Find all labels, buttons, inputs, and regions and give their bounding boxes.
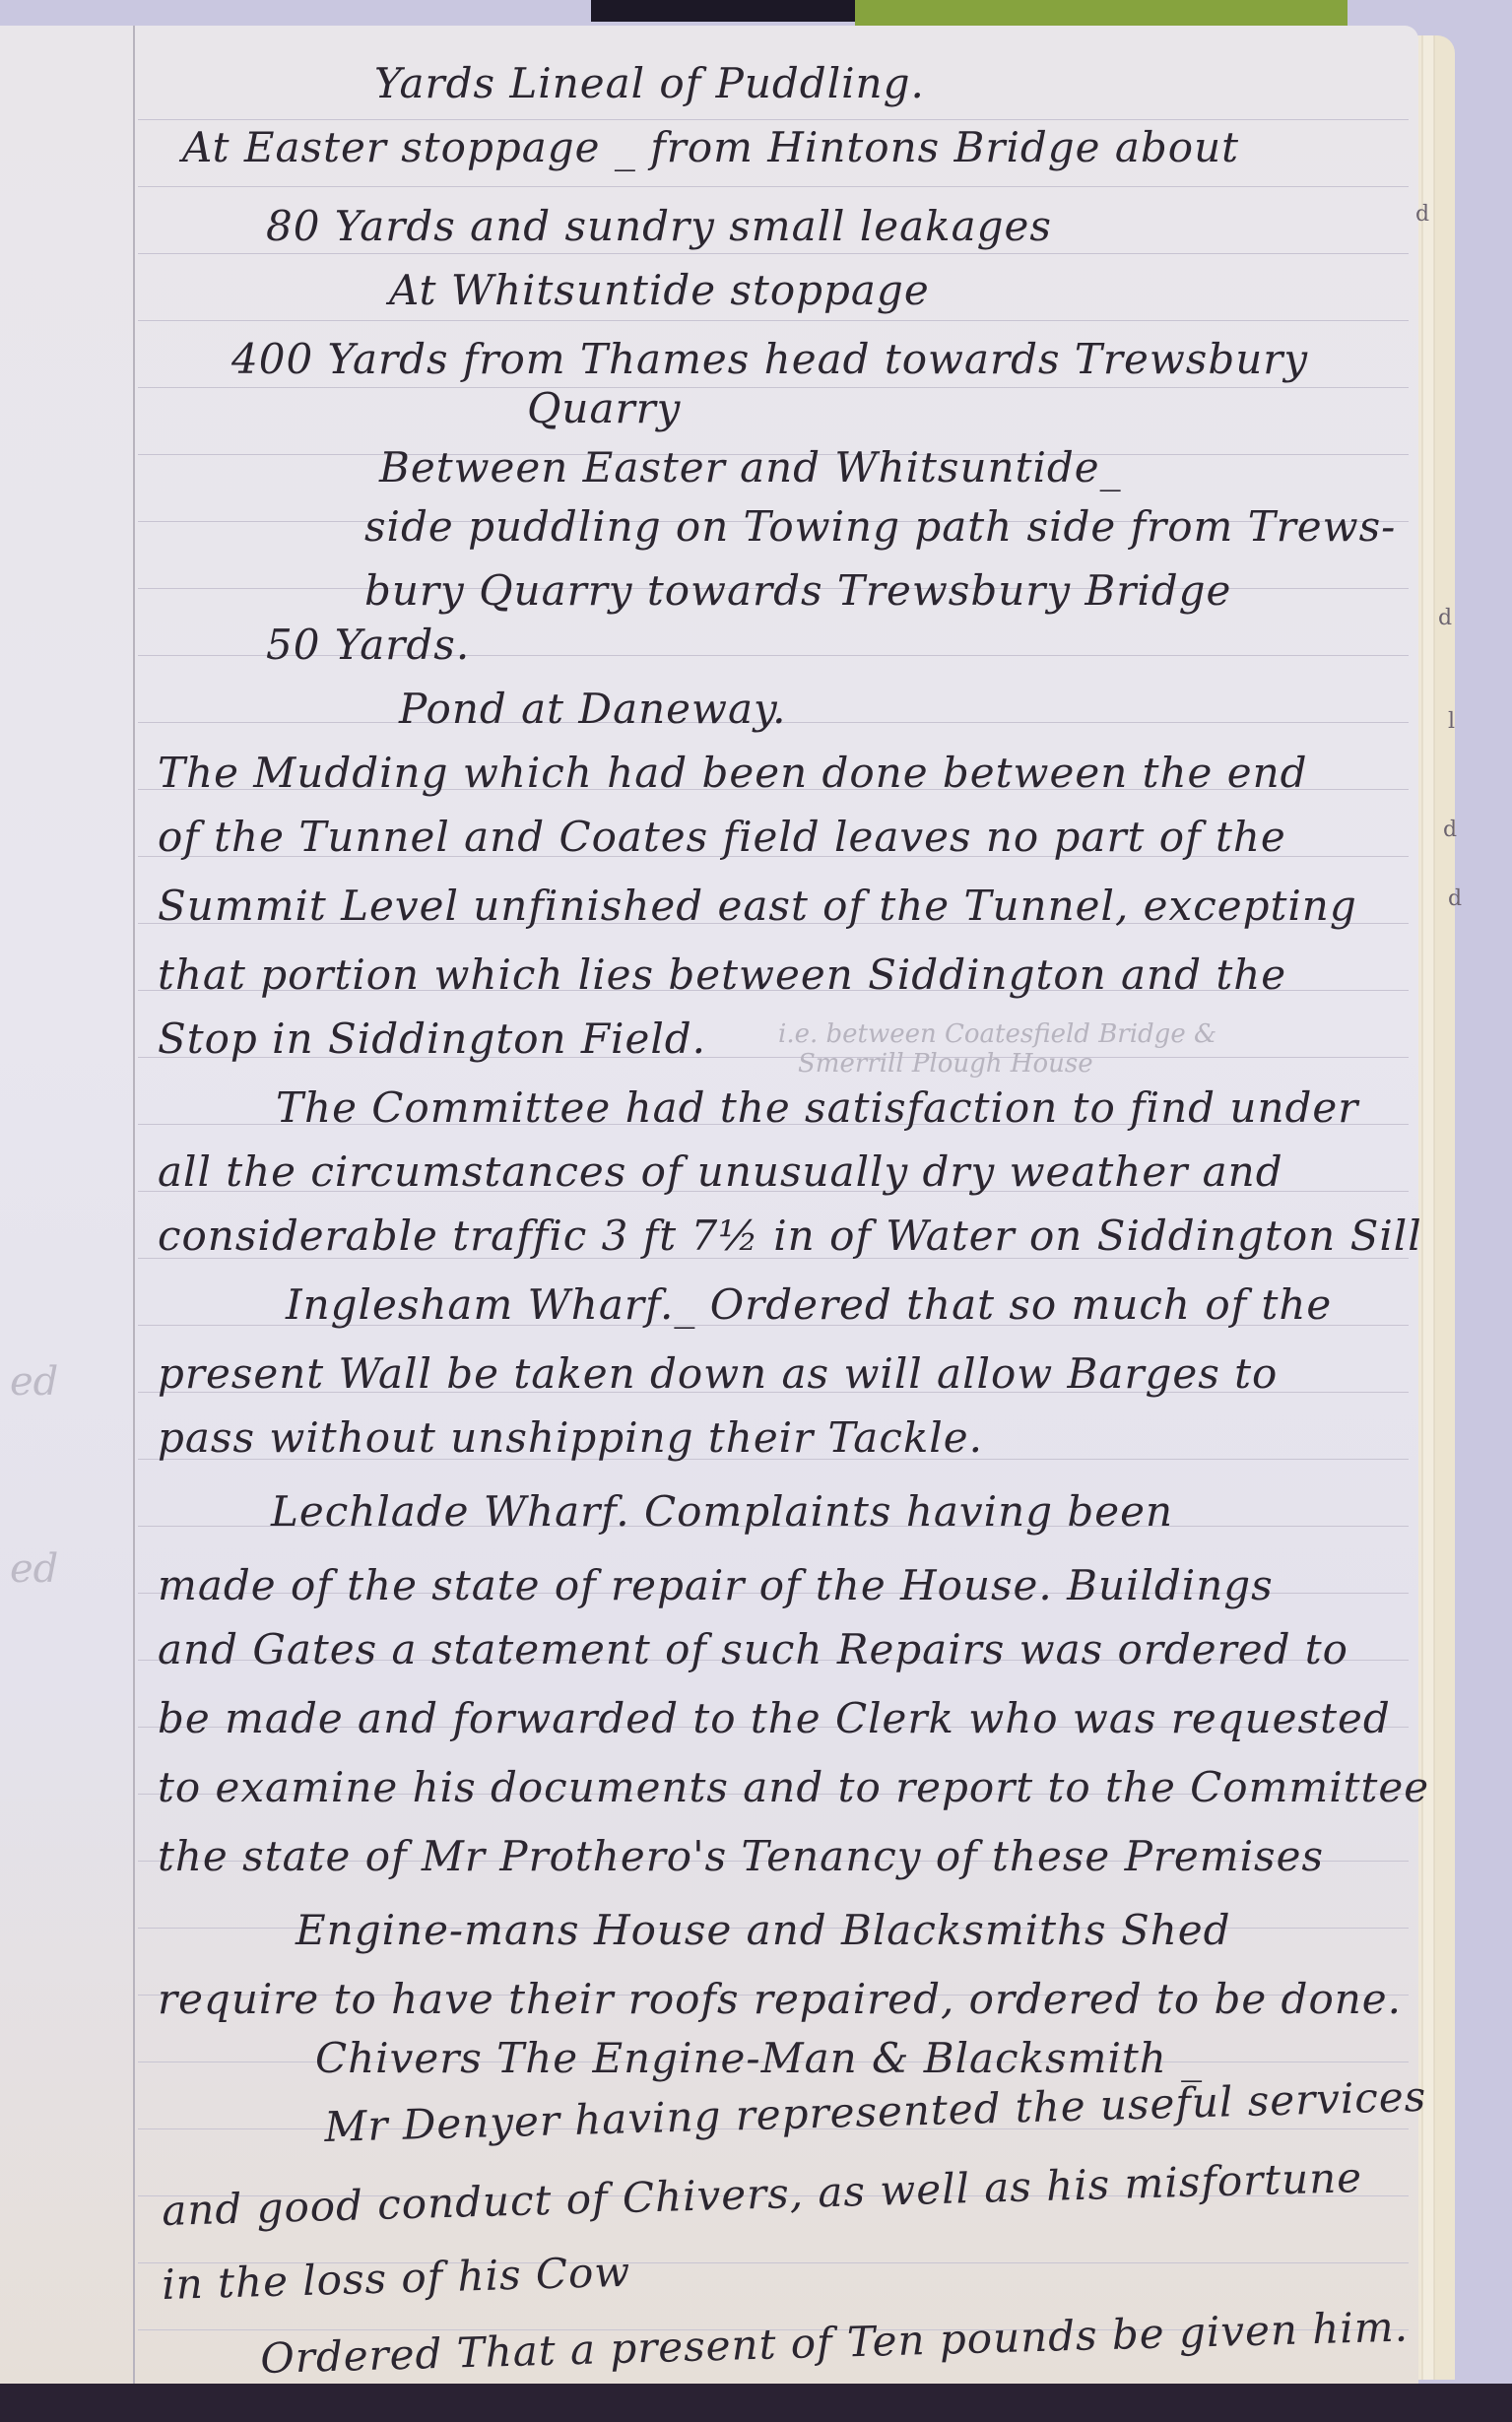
ruled-line (138, 186, 1409, 187)
handwritten-line: considerable traffic 3 ft 7½ in of Water… (158, 1211, 1422, 1260)
handwritten-line: 400 Yards from Thames head towards Trews… (231, 335, 1308, 383)
margin-pencil-mark: ed (10, 1546, 58, 1592)
handwritten-line: Inglesham Wharf._ Ordered that so much o… (286, 1280, 1332, 1329)
page-edge-mark: d (1415, 202, 1429, 227)
page-edge-mark: d (1443, 818, 1457, 842)
handwritten-line: and Gates a statement of such Repairs wa… (158, 1625, 1348, 1673)
ruled-line (138, 119, 1409, 120)
handwritten-line: 50 Yards. (266, 621, 470, 669)
handwritten-line: all the circumstances of unusually dry w… (158, 1147, 1283, 1196)
handwritten-line: Ordered That a present of Ten pounds be … (260, 2302, 1410, 2383)
ledger-page: Yards Lineal of Puddling.At Easter stopp… (0, 26, 1418, 2389)
handwritten-line: Engine-mans House and Blacksmiths Shed (296, 1906, 1231, 1954)
ruled-line (138, 387, 1409, 388)
handwritten-line: At Whitsuntide stoppage (389, 266, 930, 314)
handwritten-line: and good conduct of Chivers, as well as … (162, 2153, 1363, 2235)
handwritten-line: At Easter stoppage _ from Hintons Bridge… (182, 123, 1239, 171)
handwritten-line: Yards Lineal of Puddling. (374, 59, 925, 107)
page-edge-mark: d (1438, 606, 1452, 630)
handwritten-line: Lechlade Wharf. Complaints having been (271, 1487, 1173, 1536)
handwritten-line: side puddling on Towing path side from T… (364, 502, 1396, 551)
ruled-line (138, 320, 1409, 321)
handwritten-line: 80 Yards and sundry small leakages (266, 202, 1052, 250)
handwritten-line: to examine his documents and to report t… (158, 1763, 1429, 1811)
page-edge-mark: d (1448, 886, 1462, 911)
handwritten-line: in the loss of his Cow (162, 2248, 631, 2309)
handwritten-line: bury Quarry towards Trewsbury Bridge (364, 566, 1231, 615)
bottom-shadow (0, 2384, 1512, 2422)
handwritten-line: the state of Mr Prothero's Tenancy of th… (158, 1832, 1324, 1880)
handwritten-line: Chivers The Engine-Man & Blacksmith _ (315, 2034, 1203, 2082)
margin-pencil-mark: ed (10, 1359, 58, 1405)
handwritten-line: made of the state of repair of the House… (158, 1561, 1274, 1609)
page-edges-stack (1413, 35, 1455, 2380)
pencil-annotation-line-2: Smerrill Plough House (798, 1049, 1216, 1079)
handwritten-line: that portion which lies between Siddingt… (158, 950, 1286, 999)
handwritten-line: The Mudding which had been done between … (158, 749, 1308, 797)
page-edge-mark: l (1448, 709, 1455, 734)
handwritten-line: Pond at Daneway. (399, 685, 787, 733)
handwritten-line: Mr Denyer having represented the useful … (324, 2072, 1427, 2151)
handwritten-line: Between Easter and Whitsuntide_ (379, 443, 1122, 491)
handwritten-line: Stop in Siddington Field. (158, 1015, 706, 1063)
handwritten-line: pass without unshipping their Tackle. (158, 1413, 983, 1462)
pencil-annotation-line-1: i.e. between Coatesfield Bridge & (778, 1019, 1216, 1049)
handwritten-line: of the Tunnel and Coates field leaves no… (158, 813, 1286, 861)
left-margin-rule (133, 26, 135, 2389)
background-dark-object (591, 0, 857, 22)
handwritten-line: be made and forwarded to the Clerk who w… (158, 1694, 1391, 1742)
handwritten-line: present Wall be taken down as will allow… (158, 1349, 1278, 1398)
handwritten-line: Summit Level unfinished east of the Tunn… (158, 882, 1357, 930)
handwritten-line: require to have their roofs repaired, or… (158, 1975, 1402, 2023)
handwritten-line: The Committee had the satisfaction to fi… (276, 1083, 1358, 1132)
handwritten-line: Quarry (527, 384, 681, 432)
pencil-annotation: i.e. between Coatesfield Bridge & Smerri… (778, 1019, 1216, 1079)
green-folder-tab (855, 0, 1348, 28)
ruled-line (138, 253, 1409, 254)
